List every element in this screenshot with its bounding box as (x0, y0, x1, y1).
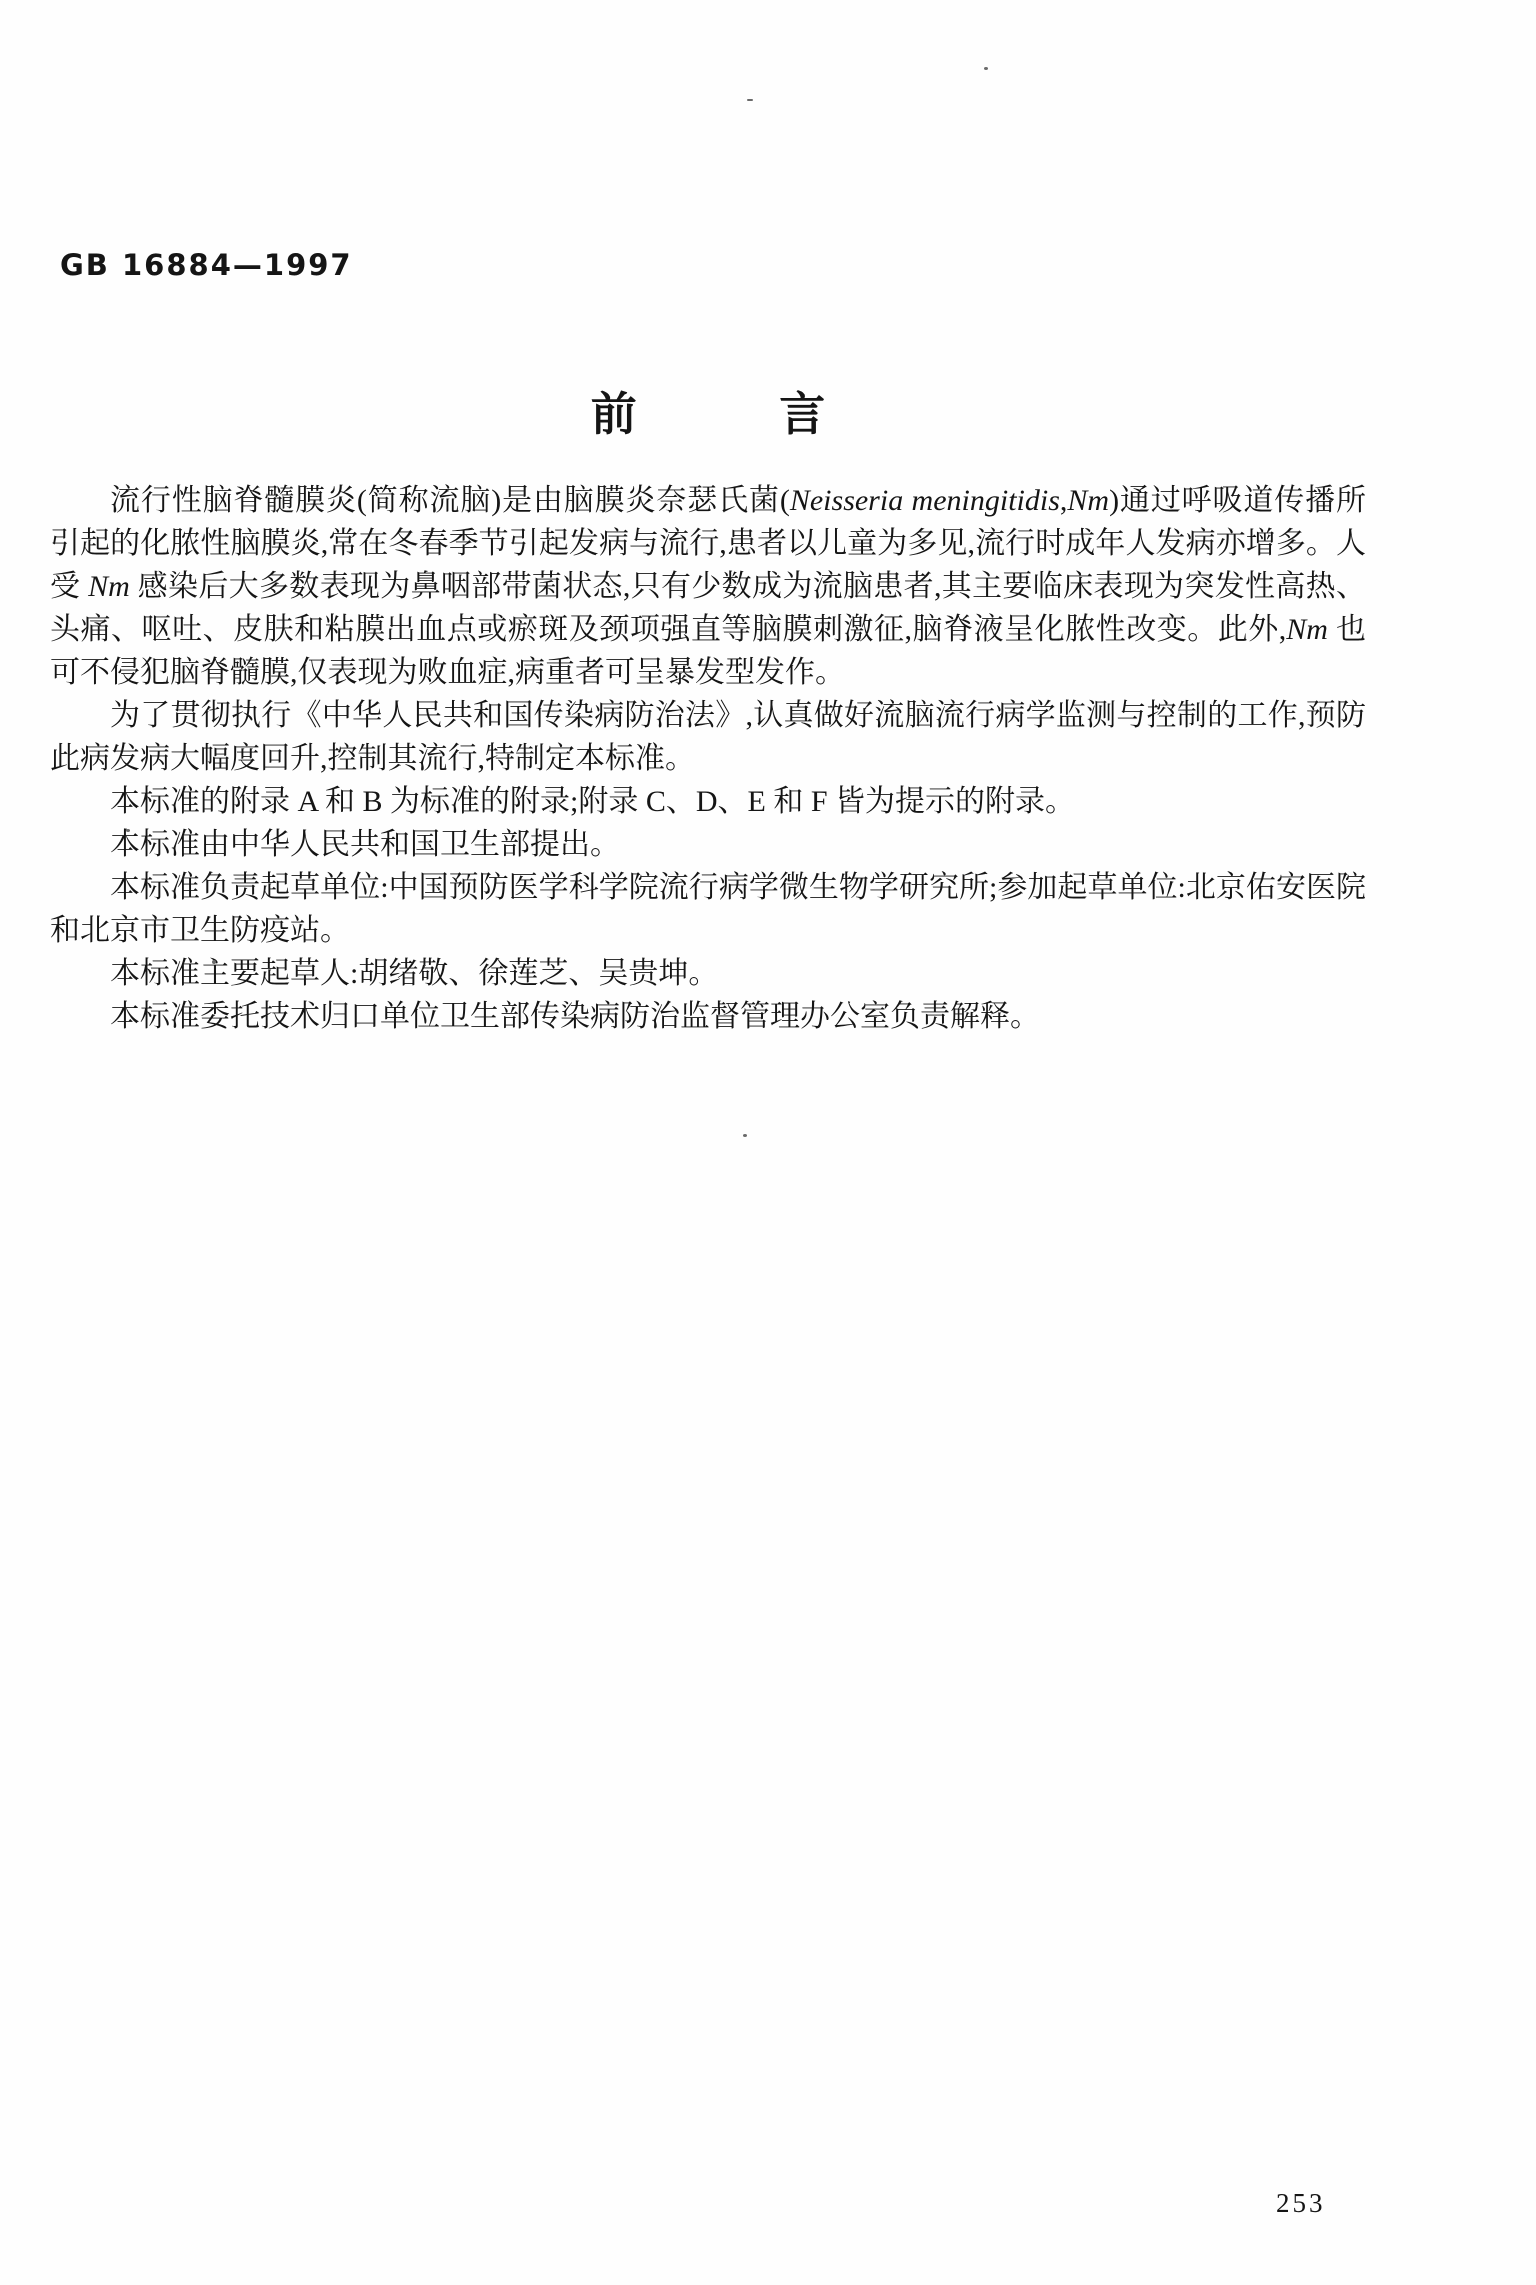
body-text: 本标准由中华人民共和国卫生部提出。 (110, 828, 620, 861)
body-text: 本标准主要起草人:胡绪敬、徐莲芝、吴贵坤。 (110, 957, 718, 990)
page-title: 前言 (591, 378, 968, 444)
body-text: 流行性脑脊髓膜炎(简称流脑)是由脑膜炎奈瑟氏菌( (110, 484, 790, 517)
foreword-paragraph: 本标准的附录 A 和 B 为标准的附录;附录 C、D、E 和 F 皆为提示的附录… (50, 780, 1366, 823)
foreword-paragraph: 本标准委托技术归口单位卫生部传染病防治监督管理办公室负责解释。 (50, 995, 1366, 1038)
scan-speck (743, 1134, 747, 1137)
body-text: 感染后大多数表现为鼻咽部带菌状态,只有少数成为流脑患者,其主要临床表现为突发性高… (50, 570, 1366, 646)
scan-speck (212, 960, 216, 964)
body-text: 为了贯彻执行《中华人民共和国传染病防治法》,认真做好流脑流行病学监测与控制的工作… (50, 699, 1366, 775)
foreword-paragraph: 流行性脑脊髓膜炎(简称流脑)是由脑膜炎奈瑟氏菌(Neisseria mening… (50, 479, 1366, 694)
body-text: 本标准委托技术归口单位卫生部传染病防治监督管理办公室负责解释。 (110, 1000, 1040, 1033)
page-number: 253 (1276, 2188, 1326, 2219)
body-text: 本标准负责起草单位:中国预防医学科学院流行病学微生物学研究所;参加起草单位:北京… (50, 871, 1366, 947)
foreword-body: 流行性脑脊髓膜炎(简称流脑)是由脑膜炎奈瑟氏菌(Neisseria mening… (50, 479, 1366, 1038)
standard-code: GB 16884—1997 (60, 248, 353, 282)
scan-speck (747, 99, 753, 101)
body-text: 本标准的附录 A 和 B 为标准的附录;附录 C、D、E 和 F 皆为提示的附录… (110, 785, 1075, 818)
latin-italic-text: Nm (88, 570, 130, 603)
foreword-paragraph: 本标准负责起草单位:中国预防医学科学院流行病学微生物学研究所;参加起草单位:北京… (50, 866, 1366, 952)
foreword-paragraph: 本标准由中华人民共和国卫生部提出。 (50, 823, 1366, 866)
latin-italic-text: Neisseria meningitidis (790, 484, 1060, 517)
scan-speck (984, 67, 988, 70)
document-page: GB 16884—1997 前言 流行性脑脊髓膜炎(简称流脑)是由脑膜炎奈瑟氏菌… (0, 0, 1536, 2285)
title-row: 前言 (50, 378, 1366, 444)
scan-speck (126, 829, 130, 832)
latin-italic-text: Nm (1286, 613, 1328, 646)
latin-italic-text: Nm (1067, 484, 1109, 517)
foreword-paragraph: 本标准主要起草人:胡绪敬、徐莲芝、吴贵坤。 (50, 952, 1366, 995)
foreword-paragraph: 为了贯彻执行《中华人民共和国传染病防治法》,认真做好流脑流行病学监测与控制的工作… (50, 694, 1366, 780)
